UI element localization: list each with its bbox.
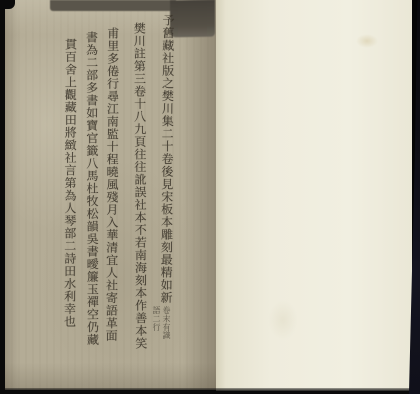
photo-edge-bottom [0,388,420,394]
text-column-1: 予舊藏社版之樊川集二十卷後見宋板本雕刻最精如新 [158,14,175,304]
photo-edge-left [0,0,5,394]
paper-stain [356,34,378,48]
text-column-4: 書為二部多書如寶官籤八馬杜牧松韻吳書曖簾玉禪空仍藏 [83,31,99,346]
note-line-2: 語二行 [152,306,161,340]
right-page-leaf [216,0,412,391]
note-line-1: 卷末有識 [162,306,171,340]
text-column-3: 甫里多倦行尋江南監十程曉風殘月入華清宜人社寄語革面 [103,27,120,342]
text-column-2: 樊川註第三卷十八九頁往往訛誤社本不若南海刻本作善本笑 [131,22,148,350]
text-column-5: 貫百舍上觀藏田將緻社言第為人琴部二詩田水利幸也 [61,38,77,328]
paper-stain [268,300,298,340]
book-scan-photo: 予舊藏社版之樊川集二十卷後見宋板本雕刻最精如新 樊川註第三卷十八九頁往往訛誤社本… [0,0,420,394]
colophon-small-note: 卷末有識 語二行 [152,306,171,340]
colophon-text-block: 予舊藏社版之樊川集二十卷後見宋板本雕刻最精如新 樊川註第三卷十八九頁往往訛誤社本… [0,0,216,394]
